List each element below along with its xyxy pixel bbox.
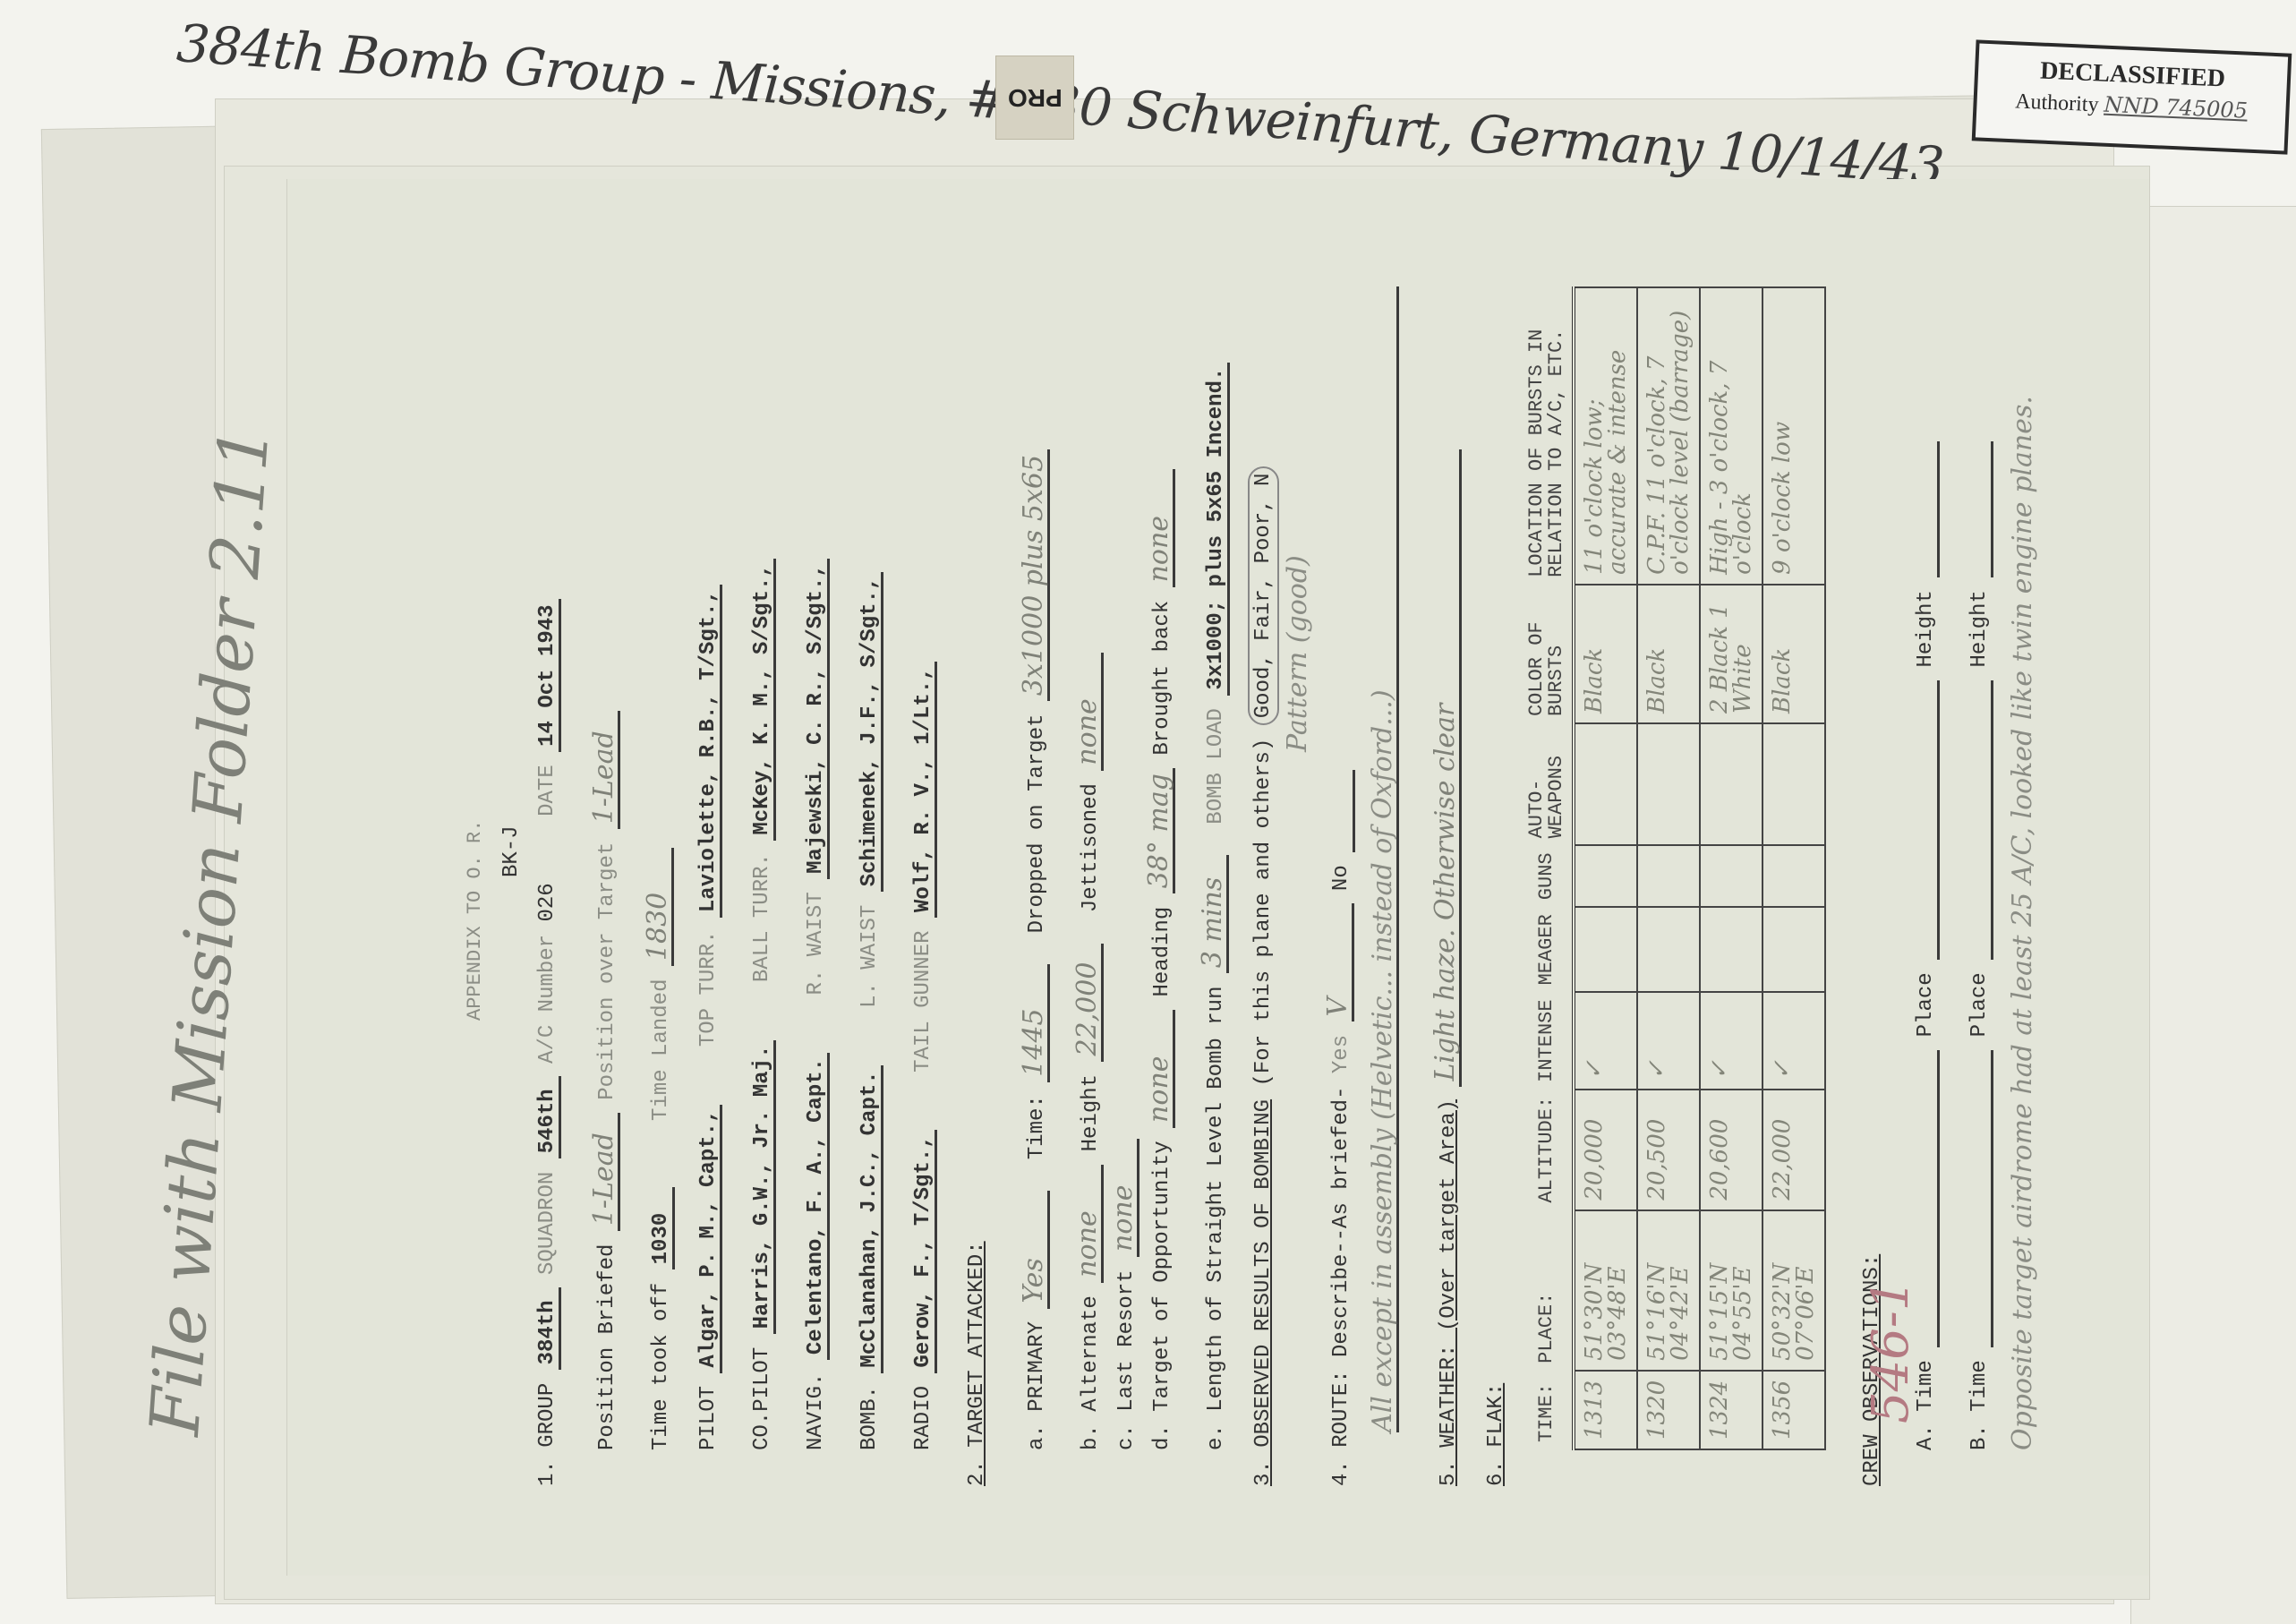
flak-cell-place: 51°30'N 03°48'E (1574, 1210, 1637, 1371)
crew-row: CO.PILOT Harris, G.W., Jr. Maj. BALL TUR… (752, 559, 776, 1450)
flak-cell-altitude: 22,000 (1763, 1090, 1825, 1210)
flak-cell-place: 50°32'N 07°06'E (1763, 1210, 1825, 1371)
group-value: 384th (537, 1287, 561, 1370)
date-value: 14 Oct 1943 (537, 599, 561, 751)
position-briefed: 1-Lead (591, 1113, 620, 1231)
background-sheet (2130, 206, 2296, 1624)
crew-row: NAVIG. Celentano, F. A., Capt. R. WAIST … (806, 559, 830, 1450)
flak-cell-auto (1637, 723, 1700, 845)
flak-cell-meager (1700, 907, 1763, 992)
flak-cell-intense: ✓ (1763, 992, 1825, 1089)
flak-row: 135650°32'N 07°06'E22,000✓Black9 o'clock… (1763, 287, 1825, 1449)
flak-cell-meager (1763, 907, 1825, 992)
weather-row: 5. WEATHER: (Over target Area) Light haz… (1432, 449, 1462, 1486)
flak-table: TIME: PLACE: ALTITUDE: INTENSE MEAGER GU… (1522, 286, 1826, 1450)
appendix-form: APPENDIX TO O. R. BK-J 1. GROUP 384th SQ… (465, 233, 2032, 1486)
target-attacked-heading: 2. TARGET ATTACKED: (967, 1241, 988, 1486)
bomb-run-row: e. Length of Straight Level Bomb run 3 m… (1199, 363, 1230, 1450)
crew-row: PILOT Algar, P. M., Capt., TOP TURR. Lav… (698, 585, 722, 1450)
stamp-authority-value: NND 745005 (2104, 92, 2249, 124)
stamp-authority-label: Authority (2015, 90, 2099, 116)
flak-heading: 6. FLAK: (1486, 1383, 1507, 1486)
route-hand: All except in assembly (Helvetic... inst… (1370, 286, 1399, 1432)
flak-cell-altitude: 20,000 (1574, 1090, 1637, 1210)
group-row: 1. GROUP 384th SQUADRON 546th A/C Number… (537, 599, 561, 1486)
primary-row: a. PRIMARY Yes Time: 1445 Dropped on Tar… (1020, 449, 1050, 1450)
observed-row: 3. OBSERVED RESULTS OF BOMBING (For this… (1253, 466, 1275, 1486)
ac-number: 026 (535, 883, 559, 921)
flak-cell-guns (1763, 845, 1825, 907)
flak-cell-guns (1574, 845, 1637, 907)
flak-cell-meager (1637, 907, 1700, 992)
flak-cell-altitude: 20,600 (1700, 1090, 1763, 1210)
flak-cell-color: Black (1763, 585, 1825, 723)
crew-observation-hand: Opposite target airdrome had at least 25… (2010, 396, 2036, 1450)
squadron-value: 546th (537, 1076, 561, 1158)
pro-tab[interactable]: PRO (995, 56, 1074, 140)
flak-cell-auto (1574, 723, 1637, 845)
form-title: APPENDIX TO O. R. (465, 820, 485, 1021)
flak-cell-place: 51°15'N 04°55'E (1700, 1210, 1763, 1371)
flak-cell-auto (1763, 723, 1825, 845)
flak-row: 131351°30'N 03°48'E20,000✓Black11 o'cloc… (1574, 287, 1637, 1449)
flak-cell-intense: ✓ (1700, 992, 1763, 1089)
time-row: Time took off 1030 Time Landed 1830 (644, 848, 675, 1450)
flak-cell-guns (1637, 845, 1700, 907)
obs-b-row: B. Time Place Height (1969, 441, 1993, 1450)
position-over-target: 1-Lead (591, 711, 620, 829)
time-landed: 1830 (644, 848, 674, 966)
red-pencil-mark: 546-1 (1862, 1279, 1920, 1423)
crew-row: RADIO Gerow, F., T/Sgt., TAIL GUNNER Wol… (913, 662, 937, 1450)
alternate-row: b. Alternate none Height 22,000 Jettison… (1074, 653, 1104, 1450)
flak-cell-time: 1313 (1574, 1371, 1637, 1449)
flak-cell-time: 1320 (1637, 1371, 1700, 1449)
flak-cell-time: 1324 (1700, 1371, 1763, 1449)
crew-row: BOMB. McClanahan, J.C., Capt. L. WAIST S… (859, 572, 883, 1450)
flak-cell-guns (1700, 845, 1763, 907)
flak-cell-auto (1700, 723, 1763, 845)
flak-row: 132051°16'N 04°42'E20,500✓BlackC.P.F. 11… (1637, 287, 1700, 1449)
flak-row: 132451°15'N 04°55'E20,600✓2 Black 1 Whit… (1700, 287, 1763, 1449)
flak-cell-color: Black (1574, 585, 1637, 723)
flak-cell-altitude: 20,500 (1637, 1090, 1700, 1210)
observed-hand: Pattern (good) (1285, 555, 1311, 752)
flak-cell-location: 9 o'clock low (1763, 287, 1825, 585)
flak-cell-location: High - 3 o'clock, 7 o'clock (1700, 287, 1763, 585)
declassified-stamp: DECLASSIFIED Authority NND 745005 (1972, 39, 2292, 154)
flak-cell-color: Black (1637, 585, 1700, 723)
time-took-off: 1030 (651, 1187, 675, 1269)
route-row: 4. ROUTE: Describe--As briefed- Yes V No (1325, 770, 1355, 1486)
last-resort-row: c. Last Resort none (1110, 1139, 1139, 1450)
opportunity-row: d. Target of Opportunity none Heading 38… (1146, 469, 1175, 1450)
flak-cell-place: 51°16'N 04°42'E (1637, 1210, 1700, 1371)
flak-cell-intense: ✓ (1574, 992, 1637, 1089)
flak-cell-meager (1574, 907, 1637, 992)
flak-cell-intense: ✓ (1637, 992, 1700, 1089)
position-row: Position Briefed 1-Lead Position over Ta… (591, 711, 620, 1450)
flak-cell-color: 2 Black 1 White (1700, 585, 1763, 723)
flak-cell-time: 1356 (1763, 1371, 1825, 1449)
flak-cell-location: C.P.F. 11 o'clock, 7 o'clock level (barr… (1637, 287, 1700, 585)
flak-cell-location: 11 o'clock low; accurate & intense (1574, 287, 1637, 585)
aircraft-code: BK-J (501, 825, 523, 877)
